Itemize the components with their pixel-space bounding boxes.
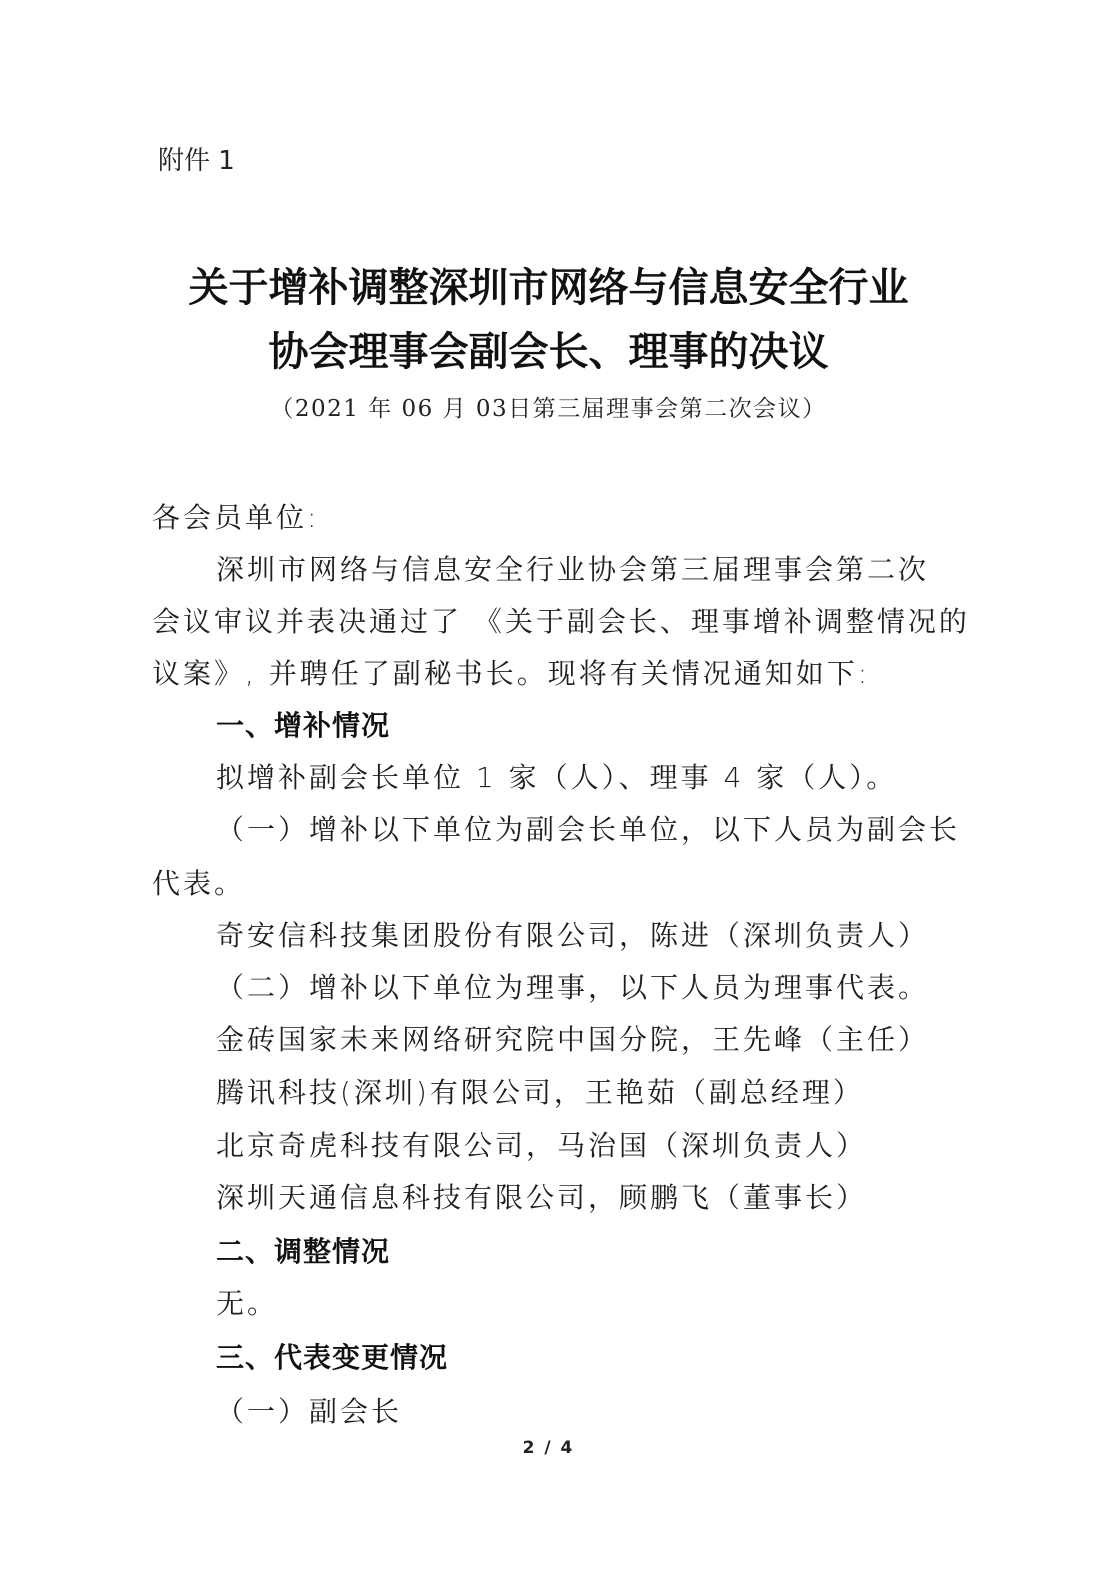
section-1-summary: 拟增补副会长单位 1 家（人）、理事 4 家（人）。 — [216, 756, 897, 796]
document-title-line-2: 协会理事会副会长、理事的决议 — [0, 320, 1097, 377]
subsection-2-line-1: （二）增补以下单位为理事，以下人员为理事代表。 — [216, 966, 929, 1006]
intro-line-2: 会议审议并表决通过了 《关于副会长、理事增补调整情况的 — [152, 600, 970, 640]
salutation: 各会员单位: — [152, 496, 319, 536]
section-1-heading: 一、增补情况 — [216, 704, 390, 744]
director-entry: 腾讯科技(深圳)有限公司，王艳茹（副总经理） — [216, 1071, 864, 1111]
director-entry: 深圳天通信息科技有限公司，顾鹏飞（董事长） — [216, 1176, 867, 1216]
vice-president-entry: 奇安信科技集团股份有限公司，陈进（深圳负责人） — [216, 914, 929, 954]
page-number: 2 / 4 — [0, 1438, 1097, 1458]
section-2-body: 无。 — [216, 1282, 278, 1322]
document-title-line-1: 关于增补调整深圳市网络与信息安全行业 — [0, 256, 1097, 313]
subsection-3-1: （一）副会长 — [216, 1390, 402, 1430]
document-page: 附件 1 关于增补调整深圳市网络与信息安全行业 协会理事会副会长、理事的决议 （… — [0, 0, 1097, 1575]
attachment-label: 附件 1 — [158, 140, 235, 177]
meeting-subtitle: （2021 年 06 月 03日第三届理事会第二次会议） — [0, 390, 1097, 423]
section-2-heading: 二、调整情况 — [216, 1230, 390, 1270]
director-entry: 北京奇虎科技有限公司，马治国（深圳负责人） — [216, 1124, 867, 1164]
intro-line-3: 议案》, 并聘任了副秘书长。现将有关情况通知如下: — [152, 652, 870, 692]
subsection-1-line-2: 代表。 — [152, 862, 245, 902]
director-entry: 金砖国家未来网络研究院中国分院，王先峰（主任） — [216, 1018, 929, 1058]
intro-line-1: 深圳市网络与信息安全行业协会第三届理事会第二次 — [216, 548, 929, 588]
subsection-1-line-1: （一）增补以下单位为副会长单位，以下人员为副会长 — [216, 808, 960, 848]
section-3-heading: 三、代表变更情况 — [216, 1336, 448, 1376]
